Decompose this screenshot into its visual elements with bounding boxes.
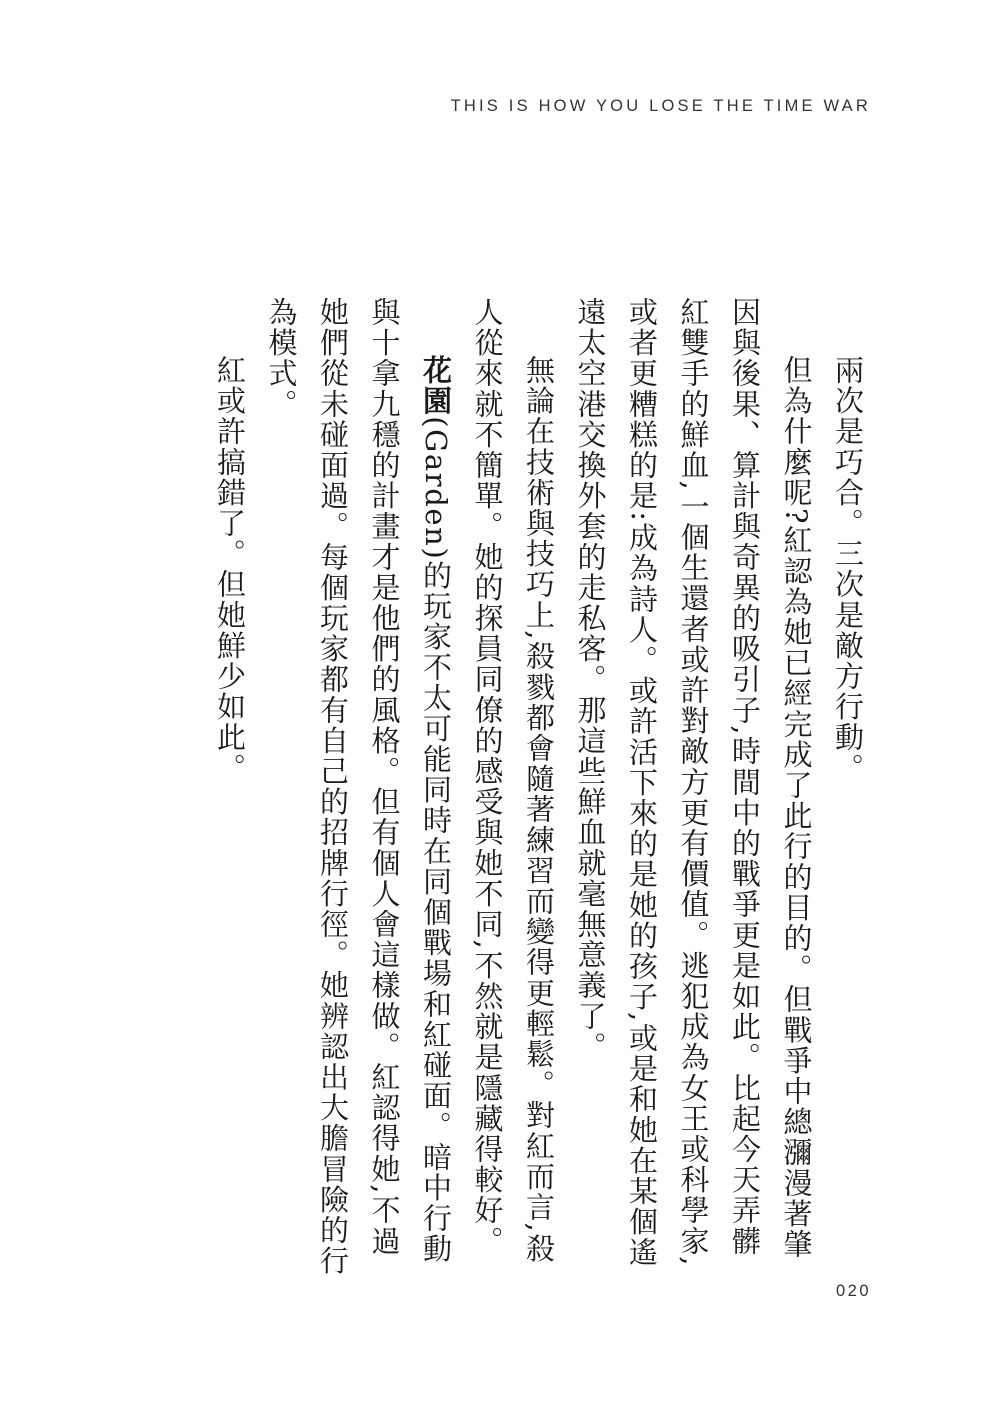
page-number: 020 bbox=[836, 1282, 871, 1301]
paragraph-text: (Garden)的玩家不太可能同時在同個戰場和紅碰面。暗中行動與十拿九穩的計畫才… bbox=[265, 297, 454, 1276]
paragraph: 無論在技術與技巧上,殺戮都會隨著練習而變得更輕鬆。對紅而言,殺人從來就不簡單。她… bbox=[461, 297, 564, 1281]
paragraph: 但為什麼呢?紅認為她已經完成了此行的目的。但戰爭中總瀰漫著肇因與後果、算計與奇異… bbox=[564, 297, 822, 1281]
paragraph-text: 兩次是巧合。三次是敵方行動。 bbox=[831, 355, 865, 783]
paragraph: 兩次是巧合。三次是敵方行動。 bbox=[822, 297, 874, 1281]
paragraph: 花園(Garden)的玩家不太可能同時在同個戰場和紅碰面。暗中行動與十拿九穩的計… bbox=[255, 297, 461, 1281]
paragraph-text: 無論在技術與技巧上,殺戮都會隨著練習而變得更輕鬆。對紅而言,殺人從來就不簡單。她… bbox=[471, 297, 557, 1264]
book-page: THIS IS HOW YOU LOSE THE TIME WAR 兩次是巧合。… bbox=[0, 0, 1000, 1419]
paragraph-text: 紅或許搞錯了。但她鮮少如此。 bbox=[213, 355, 247, 783]
paragraph-text: 但為什麼呢?紅認為她已經完成了此行的目的。但戰爭中總瀰漫著肇因與後果、算計與奇異… bbox=[574, 297, 814, 1268]
running-header: THIS IS HOW YOU LOSE THE TIME WAR bbox=[451, 97, 871, 116]
paragraph: 紅或許搞錯了。但她鮮少如此。 bbox=[204, 297, 256, 1281]
bold-term: 花園 bbox=[419, 355, 453, 416]
body-text: 兩次是巧合。三次是敵方行動。 但為什麼呢?紅認為她已經完成了此行的目的。但戰爭中… bbox=[204, 297, 874, 1281]
